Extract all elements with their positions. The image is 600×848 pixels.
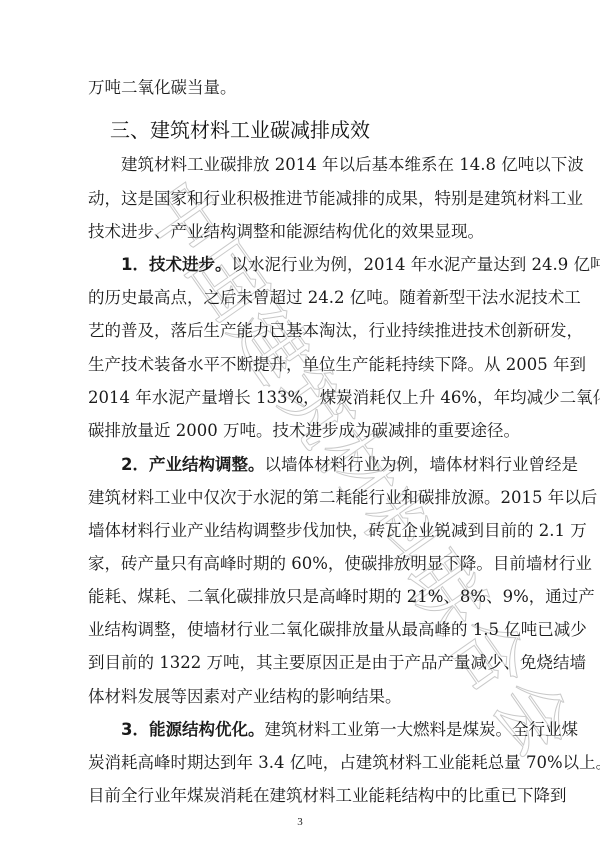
item-2-line: 能耗、煤耗、二氧化碳排放只是高峰时期的 21%、8%、9%，通过产 (88, 586, 514, 608)
item-2-title: 产业结构调整。 (149, 455, 265, 474)
item-2-line: 家，砖产量只有高峰时期的 60%，使碳排放明显下降。目前墙材行业 (88, 553, 514, 575)
section-heading: 三、建筑材料工业碳减排成效 (110, 117, 370, 143)
item-2-first-line-text: 以墙体材料行业为例，墙体材料行业曾经是 (264, 455, 578, 474)
intro-line-1: 建筑材料工业碳排放 2014 年以后基本维系在 14.8 亿吨以下波 (121, 154, 514, 176)
item-2-line: 业结构调整，使墙材行业二氧化碳排放量从最高峰的 1.5 亿吨已减少 (88, 619, 514, 641)
intro-line-2: 动，这是国家和行业积极推进节能减排的成果，特别是建筑材料工业 (88, 188, 514, 210)
item-1-line: 生产技术装备水平不断提升，单位生产能耗持续下降。从 2005 年到 (88, 354, 514, 376)
item-1-line: 碳排放量近 2000 万吨。技术进步成为碳减排的重要途径。 (88, 420, 514, 442)
item-2-first-line: 2．产业结构调整。以墙体材料行业为例，墙体材料行业曾经是 (121, 454, 514, 476)
item-2-line: 体材料发展等因素对产业结构的影响结果。 (88, 686, 514, 708)
item-2-number: 2． (121, 455, 149, 474)
item-3-first-line: 3．能源结构优化。建筑材料工业第一大燃料是煤炭。全行业煤 (121, 719, 514, 741)
item-1-first-line-text: 以水泥行业为例，2014 年水泥产量达到 24.9 亿吨 (231, 255, 600, 274)
item-3-title: 能源结构优化。 (149, 720, 265, 739)
item-1-line: 2014 年水泥产量增长 133%，煤炭消耗仅上升 46%，年均减少二氧化 (88, 387, 514, 409)
item-1-number: 1． (121, 255, 149, 274)
continuation-line: 万吨二氧化碳当量。 (88, 77, 514, 99)
item-1-first-line: 1．技术进步。以水泥行业为例，2014 年水泥产量达到 24.9 亿吨 (121, 254, 514, 276)
item-2-line: 墙体材料行业产业结构调整步伐加快，砖瓦企业锐减到目前的 2.1 万 (88, 520, 514, 542)
item-3-line: 炭消耗高峰时期达到年 3.4 亿吨，占建筑材料工业能耗总量 70%以上。 (88, 752, 514, 774)
item-2-line: 建筑材料工业中仅次于水泥的第二耗能行业和碳排放源。2015 年以后 (88, 487, 514, 509)
item-1-title: 技术进步。 (149, 255, 232, 274)
item-2-line: 到目前的 1322 万吨，其主要原因正是由于产品产量减少、免烧结墙 (88, 652, 514, 674)
item-1-line: 的历史最高点，之后未曾超过 24.2 亿吨。随着新型干法水泥技术工 (88, 287, 514, 309)
page-number: 3 (0, 816, 600, 828)
intro-line-3: 技术进步、产业结构调整和能源结构优化的效果显现。 (88, 221, 514, 243)
item-3-first-line-text: 建筑材料工业第一大燃料是煤炭。全行业煤 (264, 720, 578, 739)
item-3-number: 3． (121, 720, 149, 739)
document-page: 中国建筑材料联合会 万吨二氧化碳当量。 三、建筑材料工业碳减排成效 建筑材料工业… (0, 0, 600, 848)
item-3-line: 目前全行业年煤炭消耗在建筑材料工业能耗结构中的比重已下降到 (88, 785, 514, 807)
item-1-line: 艺的普及，落后生产能力已基本淘汰，行业持续推进技术创新研发， (88, 320, 514, 342)
